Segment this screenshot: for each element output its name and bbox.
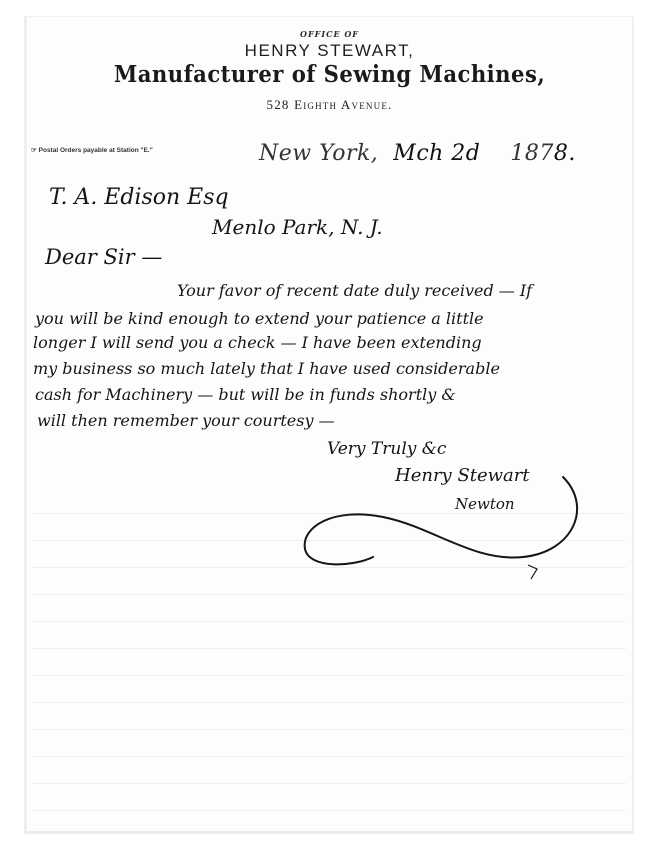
letterhead-office-of: OFFICE OF: [27, 29, 632, 39]
addressee-name: T. A. Edison Esq: [49, 185, 229, 210]
signature-flourish-icon: [293, 457, 593, 587]
dateline-place: New York,: [259, 141, 378, 166]
body-line: longer I will send you a check — I have …: [33, 333, 482, 352]
body-line: my business so much lately that I have u…: [33, 359, 500, 378]
letter-page: OFFICE OF HENRY STEWART, Manufacturer of…: [24, 16, 634, 834]
closing: Very Truly &c: [327, 439, 446, 459]
dateline-date: Mch 2d: [393, 141, 480, 166]
body-line: you will be kind enough to extend your p…: [35, 309, 484, 328]
body-line: cash for Machinery — but will be in fund…: [35, 385, 456, 404]
letterhead-postal-note: ☞ Postal Orders payable at Station "E.": [31, 146, 153, 154]
letterhead-trade: Manufacturer of Sewing Machines,: [51, 61, 608, 88]
dateline: New York, Mch 2d 1878.: [259, 141, 576, 166]
letterhead-address: 528 Eighth Avenue.: [27, 97, 632, 113]
body-line: will then remember your courtesy —: [37, 411, 335, 430]
dateline-year-suffix: 8.: [554, 141, 576, 166]
body-line: Your favor of recent date duly received …: [177, 281, 532, 300]
addressee-location: Menlo Park, N. J.: [212, 215, 383, 239]
dateline-year-prefix: 187: [510, 141, 554, 166]
letterhead-name: HENRY STEWART,: [27, 41, 632, 61]
salutation: Dear Sir —: [45, 245, 162, 269]
